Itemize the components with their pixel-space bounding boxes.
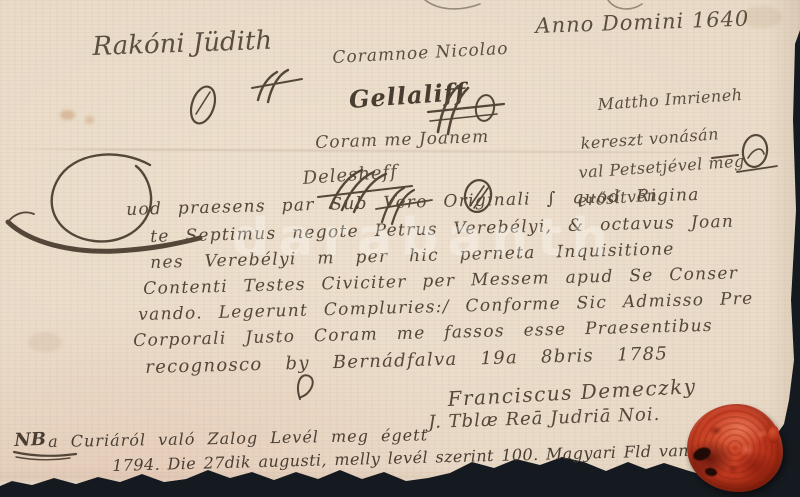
watermark-overlay: darabanth — [232, 208, 617, 268]
photo-background: Rakóni Jüdith Anno Domini 1640 Coramnoe … — [0, 0, 800, 497]
red-wax-seal — [687, 404, 783, 492]
note-nb-mark: NB — [14, 429, 46, 451]
name-rakoni-judith: Rakóni Jüdith — [92, 26, 273, 62]
torn-edge-fibers — [0, 477, 800, 491]
